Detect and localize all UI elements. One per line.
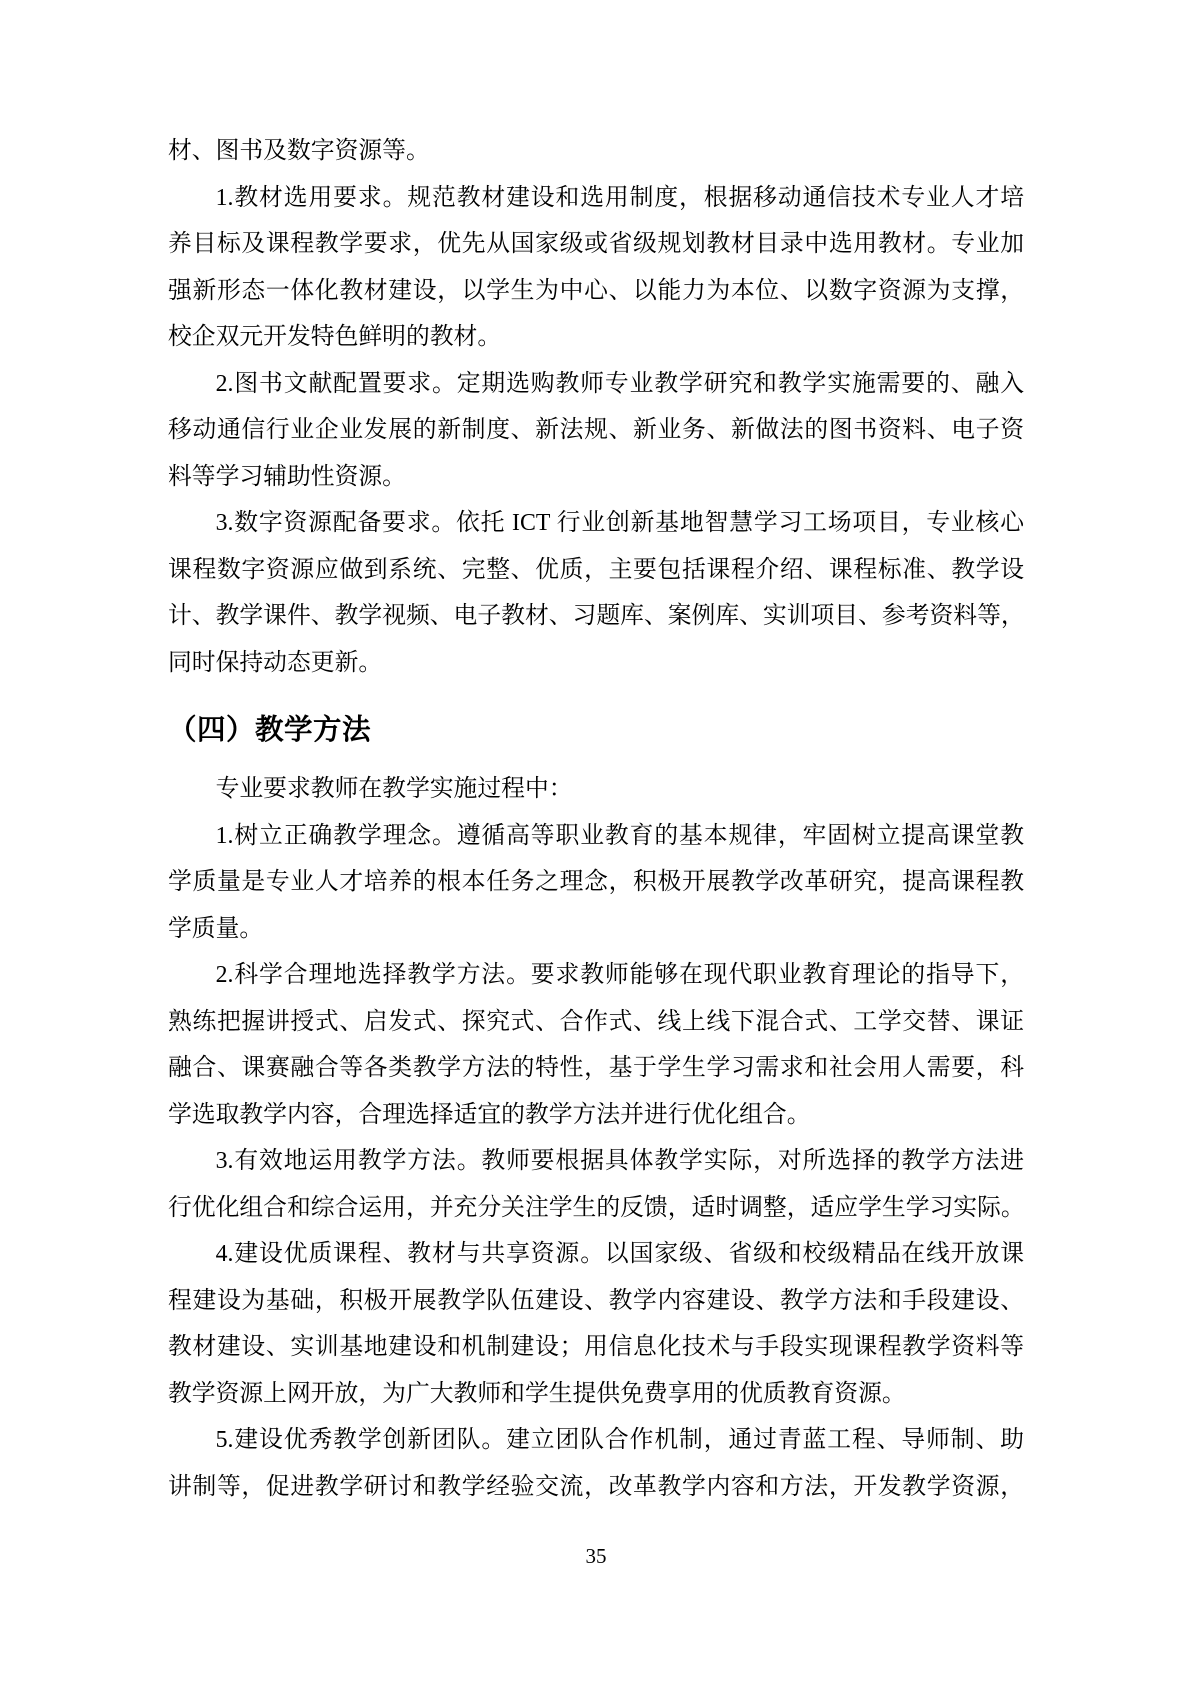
text-line: 校企双元开发特色鲜明的教材。 <box>168 314 1024 361</box>
paragraph: 专业要求教师在教学实施过程中： <box>168 766 1024 813</box>
text-line: 课程数字资源应做到系统、完整、优质，主要包括课程介绍、课程标准、教学设 <box>168 547 1024 594</box>
text-line: 养目标及课程教学要求，优先从国家级或省级规划教材目录中选用教材。专业加 <box>168 221 1024 268</box>
paragraph: 4.建设优质课程、教材与共享资源。以国家级、省级和校级精品在线开放课程建设为基础… <box>168 1231 1024 1417</box>
paragraph: 1.树立正确教学理念。遵循高等职业教育的基本规律，牢固树立提高课堂教学质量是专业… <box>168 813 1024 953</box>
text-line: 4.建设优质课程、教材与共享资源。以国家级、省级和校级精品在线开放课 <box>168 1231 1024 1278</box>
text-line: 同时保持动态更新。 <box>168 640 1024 687</box>
paragraph: 2.科学合理地选择教学方法。要求教师能够在现代职业教育理论的指导下，熟练把握讲授… <box>168 952 1024 1138</box>
page-number: 35 <box>168 1541 1024 1571</box>
text-line: 1.树立正确教学理念。遵循高等职业教育的基本规律，牢固树立提高课堂教 <box>168 813 1024 860</box>
text-line: 教材建设、实训基地建设和机制建设；用信息化技术与手段实现课程教学资料等 <box>168 1324 1024 1371</box>
text-line: 2.科学合理地选择教学方法。要求教师能够在现代职业教育理论的指导下， <box>168 952 1024 999</box>
text-line: 学选取教学内容，合理选择适宜的教学方法并进行优化组合。 <box>168 1092 1024 1139</box>
text-line: 料等学习辅助性资源。 <box>168 454 1024 501</box>
text-line: 行优化组合和综合运用，并充分关注学生的反馈，适时调整，适应学生学习实际。 <box>168 1185 1024 1232</box>
paragraph: 3.有效地运用教学方法。教师要根据具体教学实际，对所选择的教学方法进行优化组合和… <box>168 1138 1024 1231</box>
paragraph: 5.建设优秀教学创新团队。建立团队合作机制，通过青蓝工程、导师制、助讲制等，促进… <box>168 1417 1024 1510</box>
text-line: 程建设为基础，积极开展教学队伍建设、教学内容建设、教学方法和手段建设、 <box>168 1278 1024 1325</box>
text-line: 3.数字资源配备要求。依托 ICT 行业创新基地智慧学习工场项目，专业核心 <box>168 500 1024 547</box>
text-line: 2.图书文献配置要求。定期选购教师专业教学研究和教学实施需要的、融入 <box>168 361 1024 408</box>
text-line: 1.教材选用要求。规范教材建设和选用制度，根据移动通信技术专业人才培 <box>168 175 1024 222</box>
text-line: 材、图书及数字资源等。 <box>168 128 1024 175</box>
text-line: 熟练把握讲授式、启发式、探究式、合作式、线上线下混合式、工学交替、课证 <box>168 999 1024 1046</box>
text-line: 计、教学课件、教学视频、电子教材、习题库、案例库、实训项目、参考资料等， <box>168 593 1024 640</box>
text-line: 学质量是专业人才培养的根本任务之理念，积极开展教学改革研究，提高课程教 <box>168 859 1024 906</box>
paragraph: 3.数字资源配备要求。依托 ICT 行业创新基地智慧学习工场项目，专业核心课程数… <box>168 500 1024 686</box>
section-heading: （四）教学方法 <box>168 705 1024 755</box>
text-line: 讲制等，促进教学研讨和教学经验交流，改革教学内容和方法，开发教学资源， <box>168 1464 1024 1511</box>
text-line: 移动通信行业企业发展的新制度、新法规、新业务、新做法的图书资料、电子资 <box>168 407 1024 454</box>
text-line: 5.建设优秀教学创新团队。建立团队合作机制，通过青蓝工程、导师制、助 <box>168 1417 1024 1464</box>
text-line: 强新形态一体化教材建设，以学生为中心、以能力为本位、以数字资源为支撑， <box>168 268 1024 315</box>
text-line: 3.有效地运用教学方法。教师要根据具体教学实际，对所选择的教学方法进 <box>168 1138 1024 1185</box>
document-page: 材、图书及数字资源等。1.教材选用要求。规范教材建设和选用制度，根据移动通信技术… <box>0 0 1191 1684</box>
text-line: 专业要求教师在教学实施过程中： <box>168 766 1024 813</box>
paragraph: 1.教材选用要求。规范教材建设和选用制度，根据移动通信技术专业人才培养目标及课程… <box>168 175 1024 361</box>
paragraph: 2.图书文献配置要求。定期选购教师专业教学研究和教学实施需要的、融入移动通信行业… <box>168 361 1024 501</box>
text-line: 学质量。 <box>168 906 1024 953</box>
text-line: 融合、课赛融合等各类教学方法的特性，基于学生学习需求和社会用人需要，科 <box>168 1045 1024 1092</box>
document-content: 材、图书及数字资源等。1.教材选用要求。规范教材建设和选用制度，根据移动通信技术… <box>168 128 1024 1510</box>
text-line: 教学资源上网开放，为广大教师和学生提供免费享用的优质教育资源。 <box>168 1371 1024 1418</box>
paragraph: 材、图书及数字资源等。 <box>168 128 1024 175</box>
